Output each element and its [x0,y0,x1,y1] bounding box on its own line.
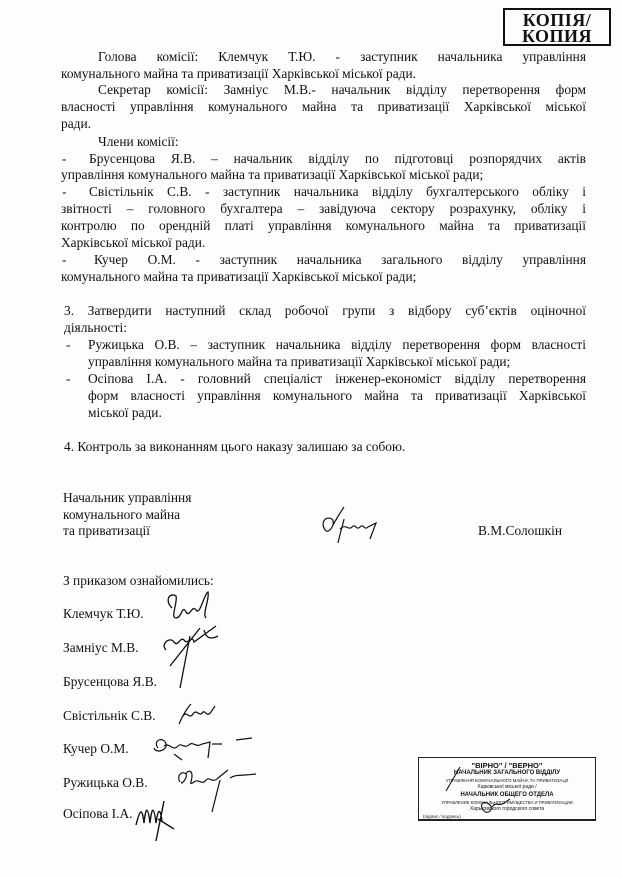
list-dash: - [62,184,66,200]
commission-secretary-cont: власності управління комунального майна … [61,99,586,115]
signature-kucher-icon [150,734,260,762]
signature-osipova-icon [134,795,179,845]
ack-name: Кучер О.М. [63,741,129,757]
member-svistilnik: Свістільнік С.В. - заступник начальника … [89,184,586,200]
signer-name: В.М.Солошкін [478,523,562,539]
position-title-cont2: та приватизації [63,523,150,539]
signatures-icon [160,588,230,703]
ack-name: Замніус М.В. [63,640,139,656]
commission-secretary: Секретар комісії: Замніус М.В.- начальни… [98,82,586,98]
ack-name: Брусенцова Я.В. [63,674,157,690]
stamp-signature-icon [438,759,578,819]
member-osipova-cont2: міської ради. [88,405,162,421]
position-title-cont: комунального майна [63,507,180,523]
list-dash: - [66,337,70,353]
ack-name: Ружицька О.В. [63,775,148,791]
signature-svistilnik-icon [175,700,220,730]
acknowledged-title: З приказом ознайомились: [63,573,214,589]
position-title: Начальник управління [63,490,191,506]
members-title: Члени комісії: [98,134,179,150]
commission-secretary-cont2: ради. [61,116,91,132]
member-svistilnik-cont3: Харківської міської ради. [61,235,205,251]
member-osipova: Осіпова І.А. - головний спеціаліст інжен… [88,371,586,387]
item-3-text-cont: діяльності: [64,320,127,336]
signature-ruzhytska-icon [172,766,262,816]
list-dash: - [62,151,66,167]
list-dash: - [62,252,66,268]
copy-stamp-line2: КОПИЯ [505,28,609,44]
member-svistilnik-cont2: контролю по орендній платі управління ко… [61,218,586,234]
member-brusentsova-cont: управління комунального майна та привати… [61,167,483,183]
member-kucher: Кучер О.М. - заступник начальника загаль… [94,252,586,268]
item-4-text: 4. Контроль за виконанням цього наказу з… [64,439,405,455]
member-ruzhytska-cont: управління комунального майна та привати… [88,354,510,370]
list-dash: - [66,371,70,387]
ack-name: Свістільнік С.В. [63,708,156,724]
member-svistilnik-cont: звітності – головного бухгалтера – завід… [61,201,586,217]
member-osipova-cont: форм власності управління комунального м… [88,388,586,404]
commission-head-cont: комунального майна та приватизації Харкі… [61,66,416,82]
member-kucher-cont: комунального майна та приватизації Харкі… [61,269,416,285]
ack-name: Клемчук Т.Ю. [63,606,144,622]
member-ruzhytska: Ружицька О.В. – заступник начальника від… [88,337,586,353]
copy-stamp: КОПІЯ/ КОПИЯ [503,8,611,46]
member-brusentsova: Брусенцова Я.В. – начальник відділу по п… [89,151,586,167]
commission-head: Голова комісії: Клемчук Т.Ю. - заступник… [98,49,586,65]
item-3-text: 3. Затвердити наступний склад робочої гр… [64,303,586,319]
ack-name: Осіпова І.А. [63,806,132,822]
head-signature-icon [318,505,388,547]
